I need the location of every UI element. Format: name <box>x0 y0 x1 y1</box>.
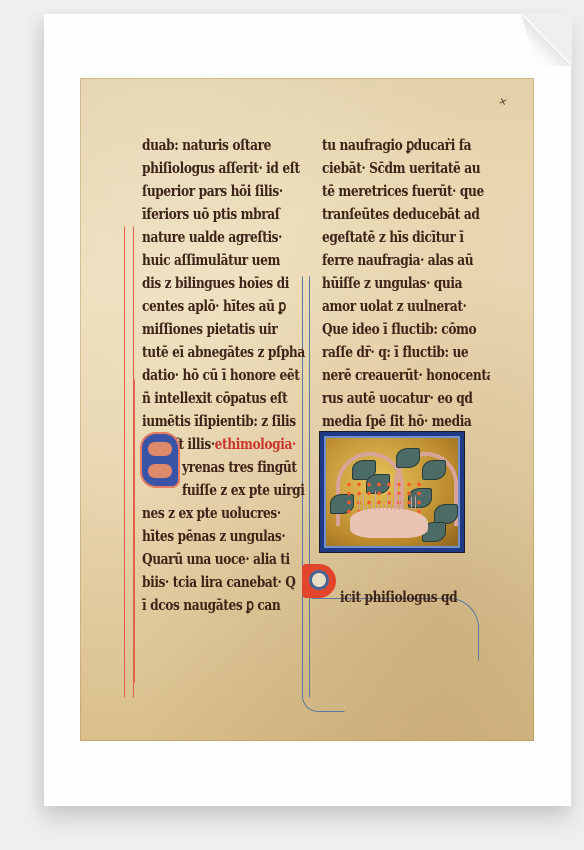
ink-stain: ✕ <box>497 98 513 110</box>
text-line: icit phiſiologus qd <box>322 583 490 612</box>
text-line: ī dcos naugātes ꝑ can <box>142 591 310 620</box>
blue-pen-flourish-tail <box>302 688 346 712</box>
print-paper: ✕ duab: naturis oſtare phiſiologus aſſer… <box>44 14 571 806</box>
rubric-heading: ethimologia· <box>215 435 296 453</box>
hedgehog-miniature <box>320 432 464 552</box>
decorated-initial-s <box>142 434 178 486</box>
leaf <box>422 460 446 480</box>
left-text-column: duab: naturis oſtare phiſiologus aſſerit… <box>142 134 310 617</box>
decorated-initial-d <box>302 564 336 598</box>
hedgehog-figure <box>350 508 428 538</box>
manuscript-leaf: ✕ duab: naturis oſtare phiſiologus aſſer… <box>80 78 534 741</box>
leaf <box>434 504 458 524</box>
leaf <box>396 448 420 468</box>
gold-ground <box>326 438 458 546</box>
red-pen-flourish <box>124 224 134 700</box>
